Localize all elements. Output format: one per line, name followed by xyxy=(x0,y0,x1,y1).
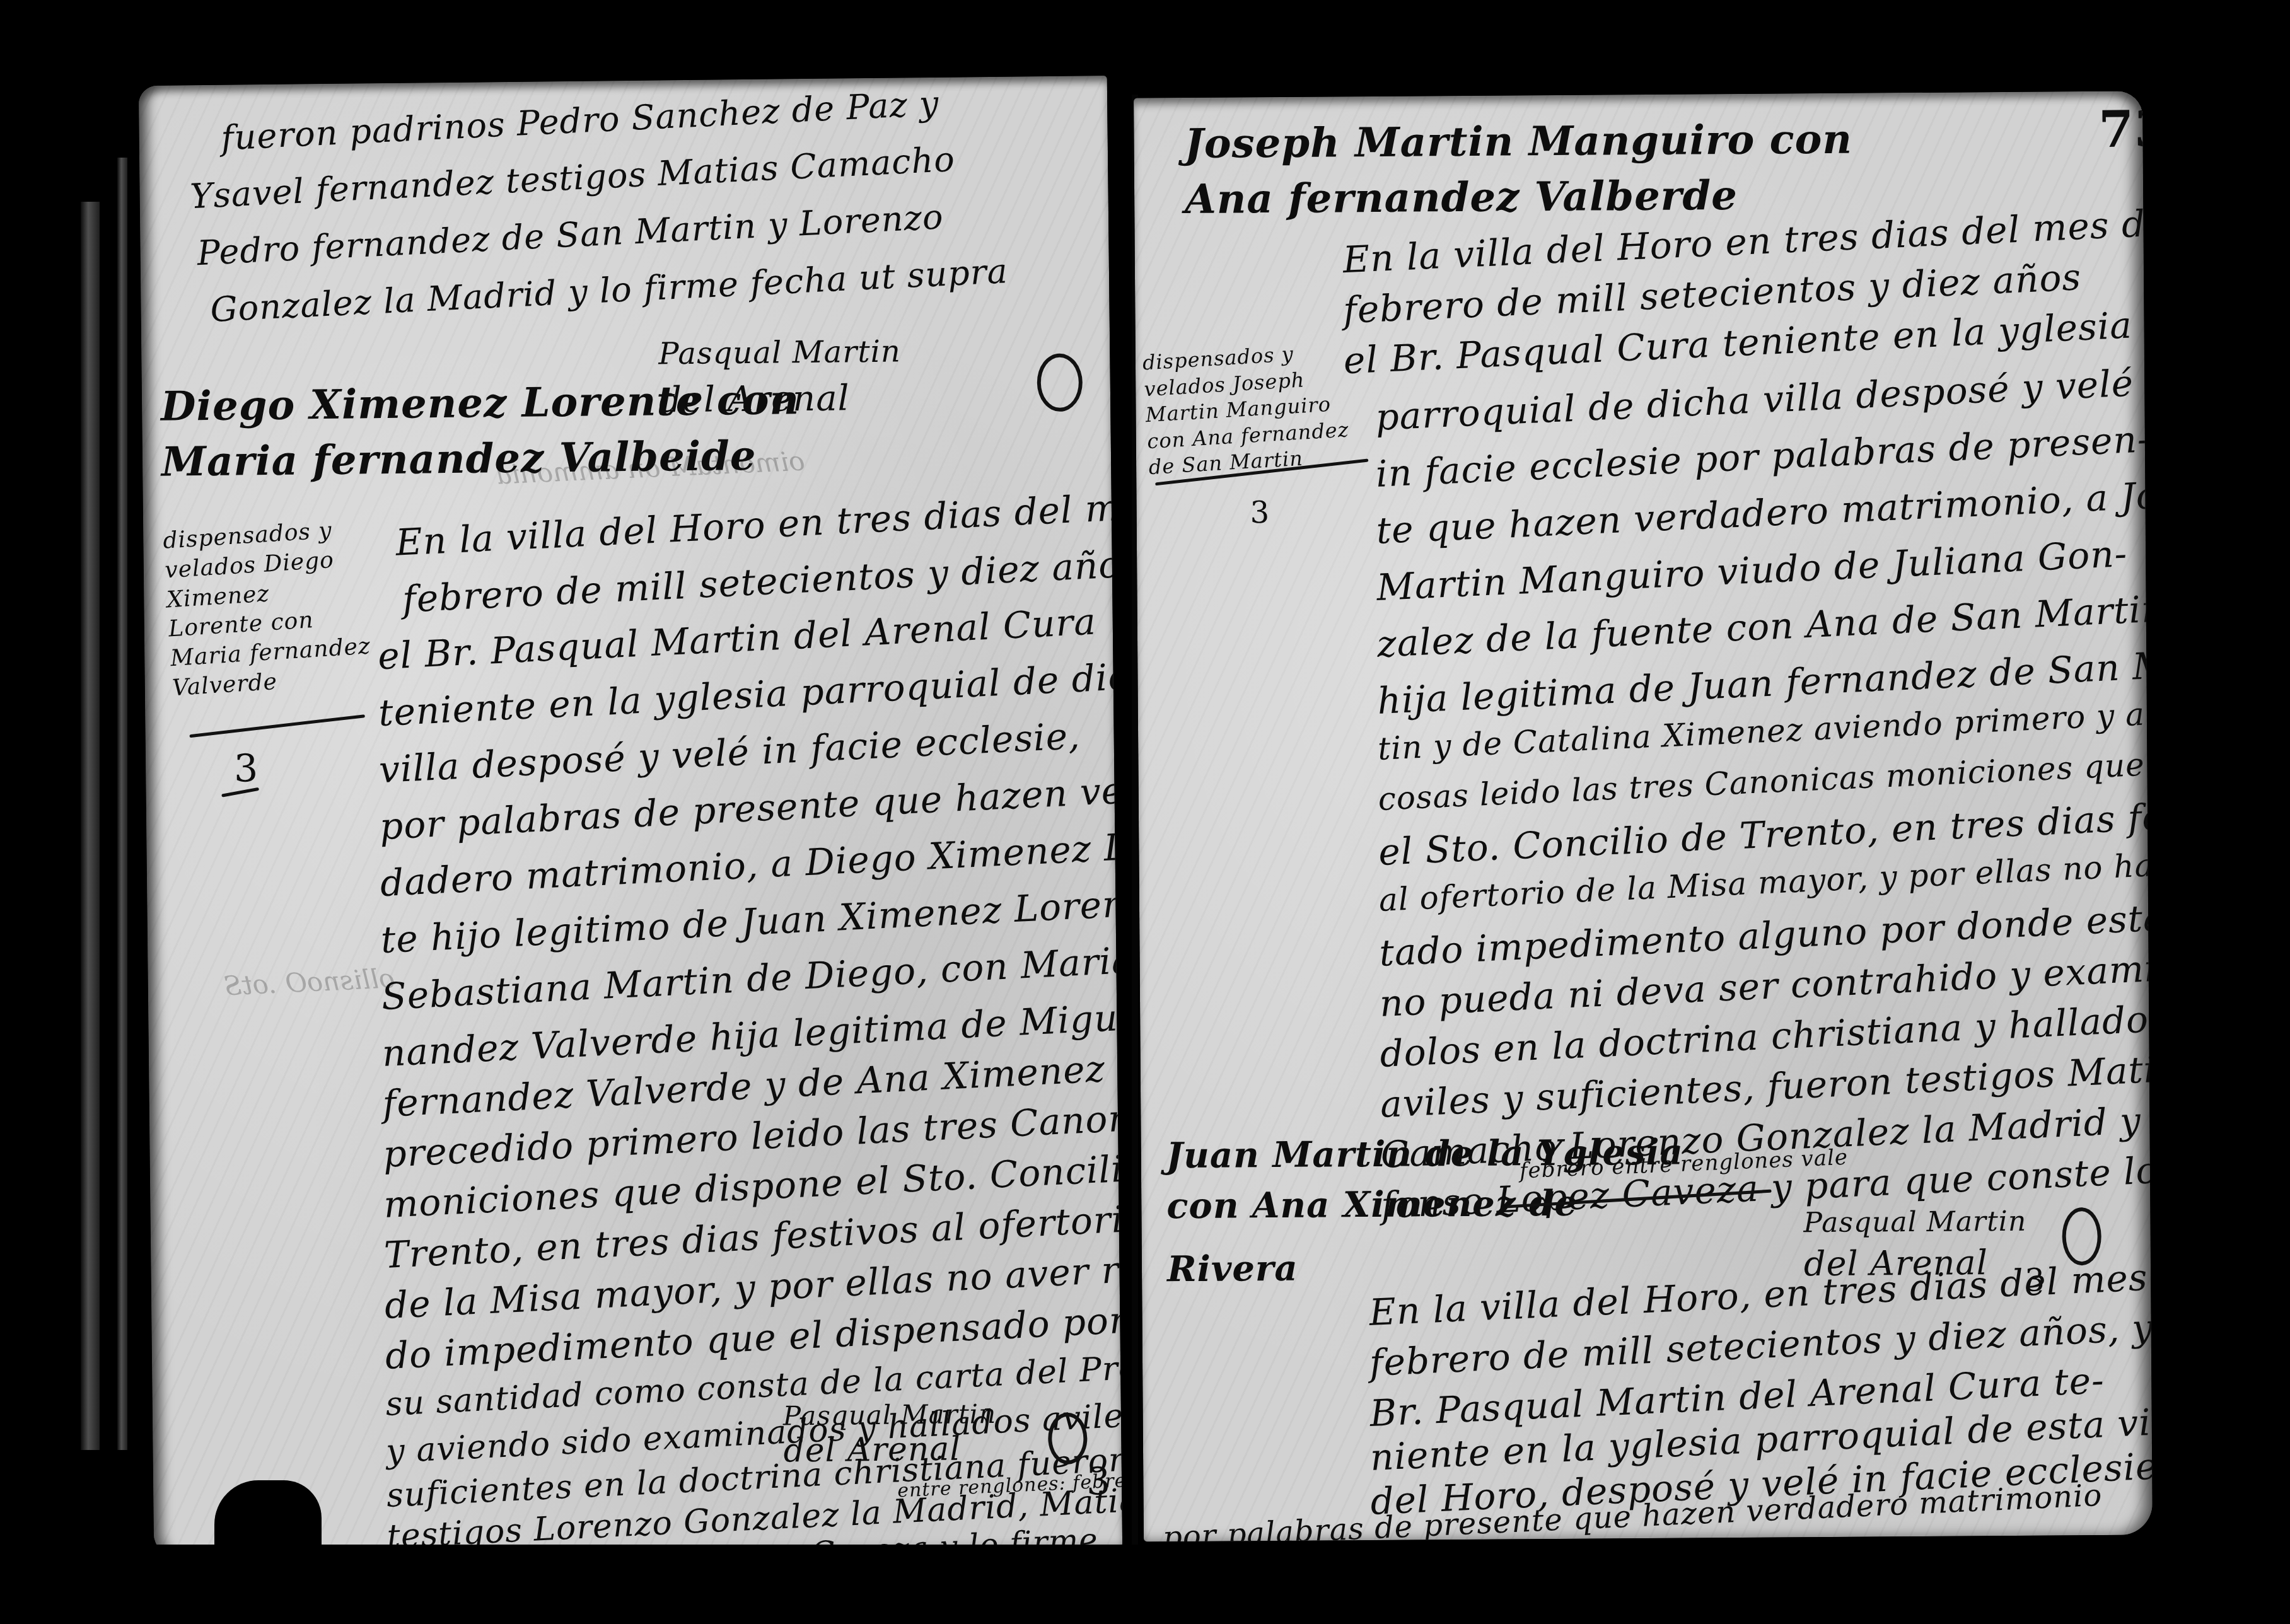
book-cover-edge xyxy=(81,202,100,1450)
scan-bottom-border xyxy=(0,1545,2290,1624)
entry-heading: Rivera xyxy=(1167,1251,1298,1287)
tally-mark: 3 xyxy=(1250,497,1270,528)
folio-number: 73 xyxy=(2098,103,2153,154)
entry-heading: Joseph Martin Manguiro con xyxy=(1184,120,1852,165)
bleed-through-text: ollisnoO .otS xyxy=(223,963,395,1001)
margin-note: dispensados y velados Diego Ximenez Lore… xyxy=(162,514,375,704)
rubric-flourish xyxy=(1037,353,1083,412)
margin-note: dispensados y velados Joseph Martin Mang… xyxy=(1142,337,1376,481)
tally-mark: 3 xyxy=(234,750,259,787)
rubric-flourish xyxy=(2062,1207,2101,1265)
signature: Pasqual Martin xyxy=(658,336,901,369)
signature: Pasqual Martin xyxy=(783,1401,997,1430)
entry-heading: Diego Ximenez Lorente con xyxy=(161,380,800,427)
tally-mark: 3 xyxy=(1086,1463,1112,1500)
signature: del Arenal xyxy=(783,1433,961,1468)
right-page: 73 Joseph Martin Manguiro con Ana fernan… xyxy=(1134,91,2153,1541)
signature: Pasqual Martin xyxy=(1803,1208,2026,1237)
book-cover-edge-inner xyxy=(117,158,127,1450)
rubric-flourish xyxy=(1048,1412,1088,1464)
entry-heading: Ana fernandez Valberde xyxy=(1185,176,1738,220)
left-page: oimontaM on ammonia ollisnoO .otS fueron… xyxy=(139,76,1122,1558)
microfilm-scan: oimontaM on ammonia ollisnoO .otS fueron… xyxy=(0,0,2290,1624)
underline xyxy=(189,714,365,738)
entry-heading: Maria fernandez Valbeide xyxy=(161,436,757,483)
